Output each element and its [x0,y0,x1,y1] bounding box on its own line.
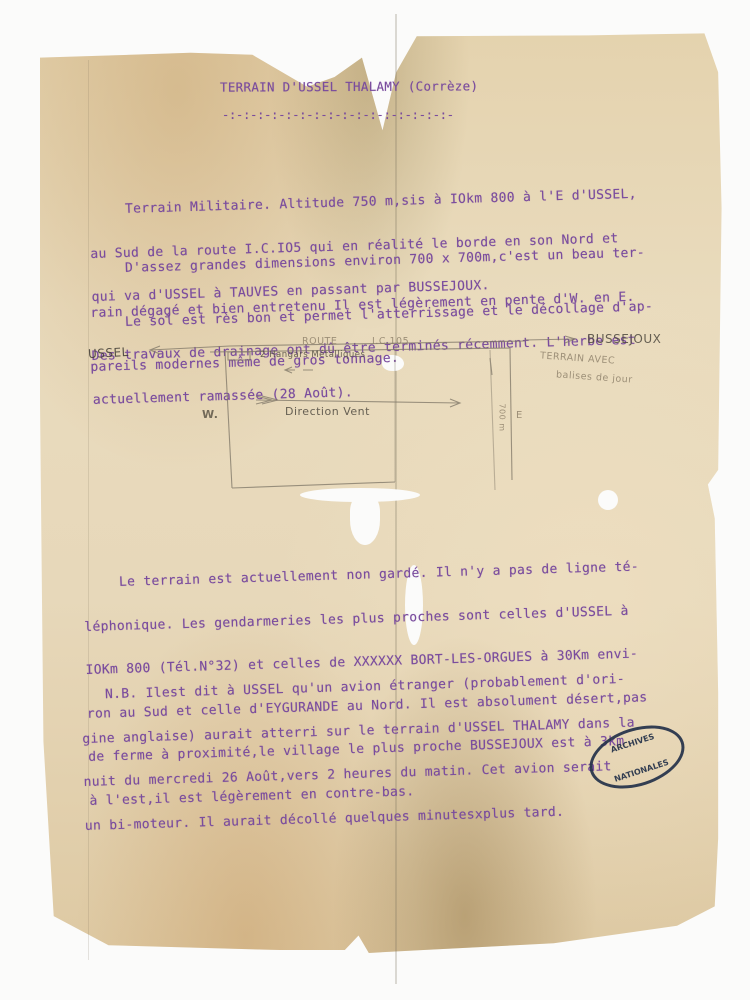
sketch-label-wind-direction: Direction Vent [285,405,370,418]
document-title: TERRAIN D'USSEL THALAMY (Corrèze) [220,79,478,95]
text-line: Le terrain est actuellement non gardé. I… [83,558,723,591]
text-line: léphonique. Les gendarmeries les plus pr… [84,601,724,634]
tear-hole [350,495,380,545]
sketch-label-ussel: USSEL [88,345,129,361]
sketch-label-west: W. [202,408,218,421]
sketch-label-bussejoux: BUSSEJOUX [587,332,661,346]
title-separator: -:-:-:-:-:-:-:-:-:-:-:-:-:-:-:-:- [222,108,454,123]
tear-hole [598,490,618,510]
paragraph-soil: Le sol est rès bon et permet l'atterriss… [88,269,731,389]
sketch-label-east: E [516,410,523,421]
sketch-label-hangars: 2 Hangars Métalliques [260,350,365,360]
text-line: Le sol est rès bon et permet l'atterriss… [89,298,729,331]
text-line: pareils modernes même de gros tonnage. [90,341,730,374]
sketch-label-road-number: I.C.105 [372,336,409,347]
text-line: un bi-moteur. Il aurait décollé quelques… [85,800,725,833]
sketch-label-dimension: 700 m [498,403,507,431]
text-line: N.B. Ilest dit à USSEL qu'un avion étran… [81,670,721,703]
sketch-label-road: ROUTE [302,336,337,347]
text-line: Terrain Militaire. Altitude 750 m,sis à … [89,185,729,218]
